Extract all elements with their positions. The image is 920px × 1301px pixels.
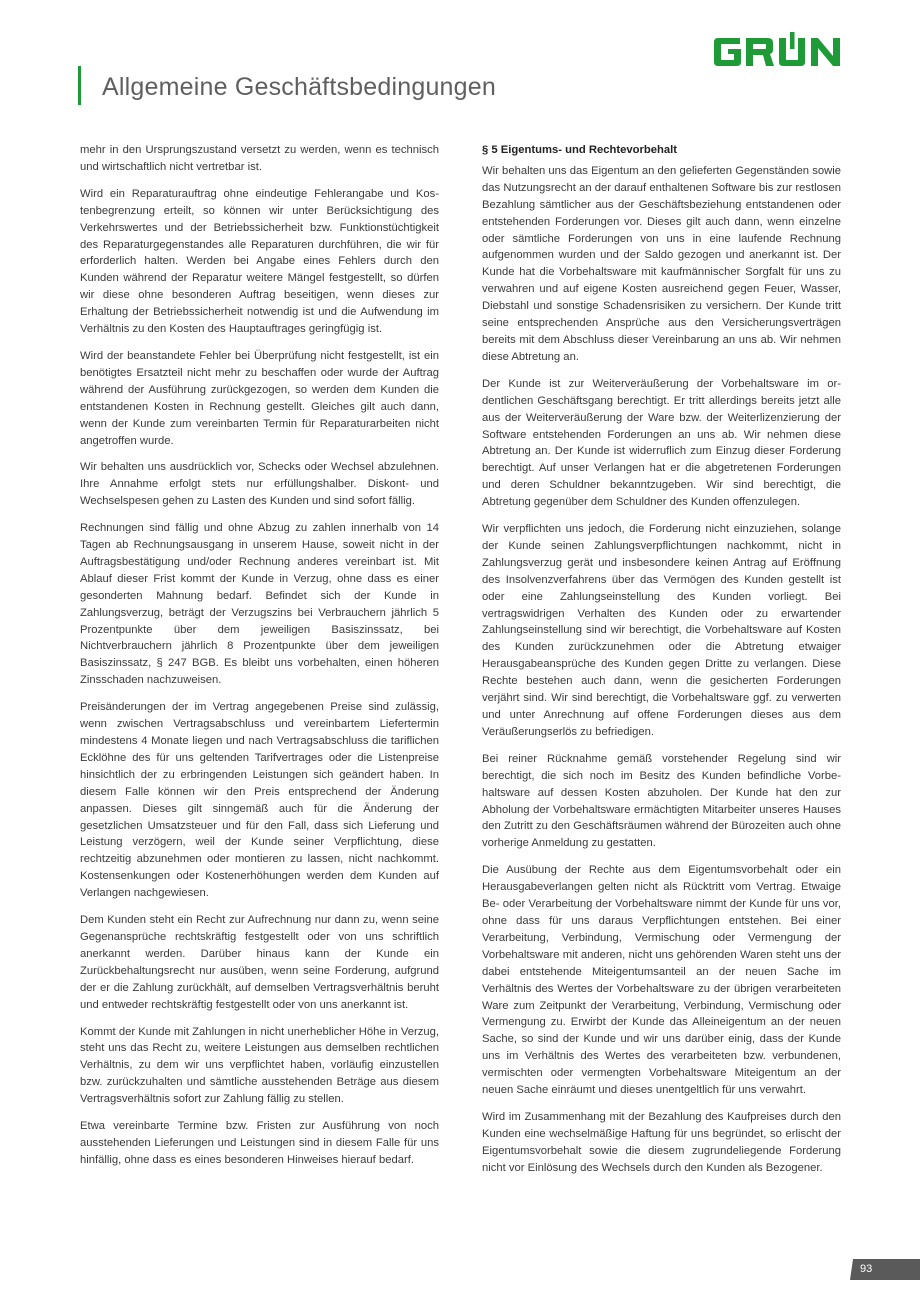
page-number: 93 — [850, 1259, 920, 1280]
paragraph: Wir behalten uns das Eigentum an den gel… — [482, 163, 841, 366]
left-column: mehr in den Ursprungszustand versetzt zu… — [80, 142, 439, 1179]
paragraph: mehr in den Ursprungszustand versetzt zu… — [80, 142, 439, 176]
paragraph: Der Kunde ist zur Weiterveräußerung der … — [482, 376, 841, 511]
paragraph: Wir behalten uns ausdrücklich vor, Schec… — [80, 459, 439, 510]
paragraph: Wird der beanstandete Fehler bei Überprü… — [80, 348, 439, 449]
paragraph: Wir verpflichten uns jedoch, die Forderu… — [482, 521, 841, 741]
paragraph: Preisänderungen der im Vertrag angegeben… — [80, 699, 439, 902]
right-column: § 5 Eigentums- und Rechtevorbehalt Wir b… — [482, 142, 841, 1187]
paragraph: Etwa vereinbarte Termine bzw. Fristen zu… — [80, 1118, 439, 1169]
paragraph: Kommt der Kunde mit Zahlungen in nicht u… — [80, 1024, 439, 1109]
title-accent-bar — [78, 66, 81, 105]
page-title: Allgemeine Geschäftsbedingungen — [102, 70, 496, 104]
brand-logo — [712, 32, 864, 68]
paragraph: Rechnungen sind fällig und ohne Abzug zu… — [80, 520, 439, 689]
section-heading: § 5 Eigentums- und Rechtevorbehalt — [482, 142, 841, 159]
paragraph: Bei reiner Rücknahme gemäß vorstehender … — [482, 751, 841, 852]
paragraph: Wird im Zusammenhang mit der Bezahlung d… — [482, 1109, 841, 1177]
paragraph: Wird ein Reparaturauftrag ohne eindeutig… — [80, 186, 439, 338]
gruen-logo-icon — [712, 32, 864, 68]
paragraph: Die Ausübung der Rechte aus dem Eigentum… — [482, 862, 841, 1099]
paragraph: Dem Kunden steht ein Recht zur Aufrechnu… — [80, 912, 439, 1013]
